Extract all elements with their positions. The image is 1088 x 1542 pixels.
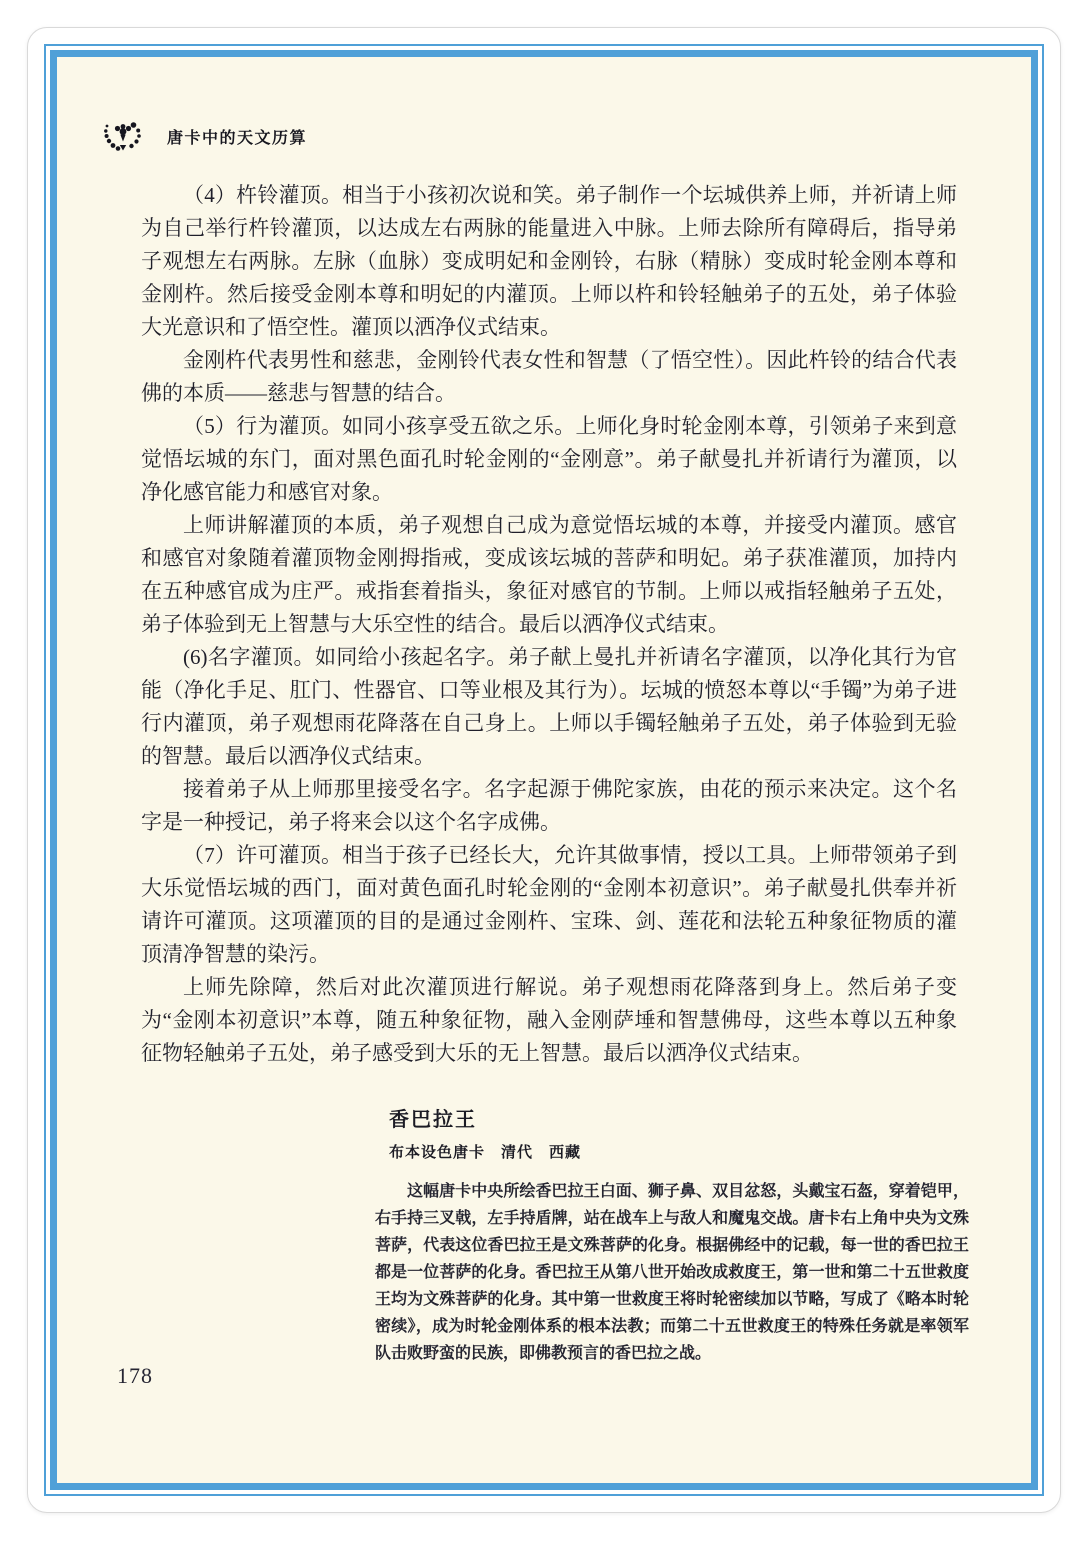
page-content: 唐卡中的天文历算 （4）杵铃灌顶。相当于小孩初次说和笑。弟子制作一个坛城供养上师… <box>57 57 1031 1483</box>
paragraph-7-permission-empowerment: （7）许可灌顶。相当于孩子已经长大，允许其做事情，授以工具。上师带领弟子到大乐觉… <box>141 839 957 971</box>
figure-subtitle: 布本设色唐卡 清代 西藏 <box>389 1141 969 1162</box>
figure-description: 这幅唐卡中央所绘香巴拉王白面、狮子鼻、双目忿怒，头戴宝石盔，穿着铠甲，右手持三叉… <box>375 1178 969 1367</box>
paragraph-5-conduct-empowerment: （5）行为灌顶。如同小孩享受五欲之乐。上师化身时轮金刚本尊，引领弟子来到意觉悟坛… <box>141 410 957 509</box>
paragraph-conduct-explanation: 上师讲解灌顶的本质，弟子观想自己成为意觉悟坛城的本尊，并接受内灌顶。感官和感官对… <box>141 509 957 641</box>
body-text: （4）杵铃灌顶。相当于小孩初次说和笑。弟子制作一个坛城供养上师，并祈请上师为自己… <box>141 179 957 1070</box>
paragraph-4-vajra-bell-empowerment: （4）杵铃灌顶。相当于小孩初次说和笑。弟子制作一个坛城供养上师，并祈请上师为自己… <box>141 179 957 344</box>
paragraph-6-name-empowerment: (6)名字灌顶。如同给小孩起名字。弟子献上曼扎并祈请名字灌顶，以净化其行为官能（… <box>141 641 957 773</box>
page-header: 唐卡中的天文历算 <box>103 117 307 155</box>
figure-note: 香巴拉王 布本设色唐卡 清代 西藏 这幅唐卡中央所绘香巴拉王白面、狮子鼻、双目忿… <box>375 1103 969 1367</box>
book-title: 唐卡中的天文历算 <box>167 125 307 148</box>
figure-title: 香巴拉王 <box>389 1103 969 1132</box>
book-page: 唐卡中的天文历算 （4）杵铃灌顶。相当于小孩初次说和笑。弟子制作一个坛城供养上师… <box>27 27 1061 1513</box>
page-number: 178 <box>117 1363 153 1389</box>
paragraph-permission-explanation: 上师先除障，然后对此次灌顶进行解说。弟子观想雨花降落到身上。然后弟子变为“金刚本… <box>141 971 957 1070</box>
publisher-emblem-icon <box>103 117 143 155</box>
paragraph-name-receiving: 接着弟子从上师那里接受名字。名字起源于佛陀家族，由花的预示来决定。这个名字是一种… <box>141 773 957 839</box>
inner-frame-rule: 唐卡中的天文历算 （4）杵铃灌顶。相当于小孩初次说和笑。弟子制作一个坛城供养上师… <box>50 50 1038 1490</box>
paragraph-vajra-bell-symbolism: 金刚杵代表男性和慈悲，金刚铃代表女性和智慧（了悟空性）。因此杵铃的结合代表佛的本… <box>141 344 957 410</box>
outer-frame-rule: 唐卡中的天文历算 （4）杵铃灌顶。相当于小孩初次说和笑。弟子制作一个坛城供养上师… <box>44 44 1044 1496</box>
